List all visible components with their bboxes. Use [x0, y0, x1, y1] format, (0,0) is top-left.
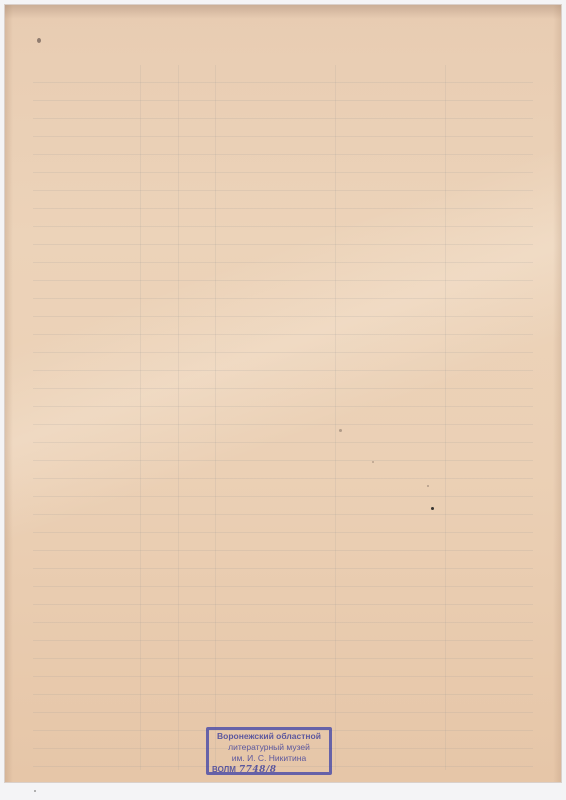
column-rule — [445, 65, 446, 770]
column-rule — [140, 65, 141, 770]
stamp-inventory-prefix: ВОЛМ — [212, 765, 236, 774]
column-rule — [215, 65, 216, 770]
ink-speck — [431, 507, 434, 510]
column-rule — [335, 65, 336, 770]
museum-stamp: Воронежский областной литературный музей… — [206, 727, 332, 775]
ink-speck — [339, 429, 342, 432]
stamp-inventory-number: 7748/8 — [239, 765, 277, 775]
paper-sheet — [5, 5, 561, 782]
column-rule — [178, 65, 179, 770]
ink-speck — [427, 485, 429, 487]
stamp-line-3: им. И. С. Никитина — [209, 753, 329, 764]
scan-artifact-dot — [34, 790, 36, 792]
horizontal-ruling — [33, 65, 533, 770]
ink-speck — [372, 461, 374, 463]
ink-speck — [37, 38, 41, 43]
stamp-line-1: Воронежский областной — [209, 731, 329, 742]
scan-page: Воронежский областной литературный музей… — [0, 0, 566, 800]
stamp-inventory: ВОЛМ7748/8 — [209, 764, 329, 776]
stamp-line-2: литературный музей — [209, 742, 329, 753]
